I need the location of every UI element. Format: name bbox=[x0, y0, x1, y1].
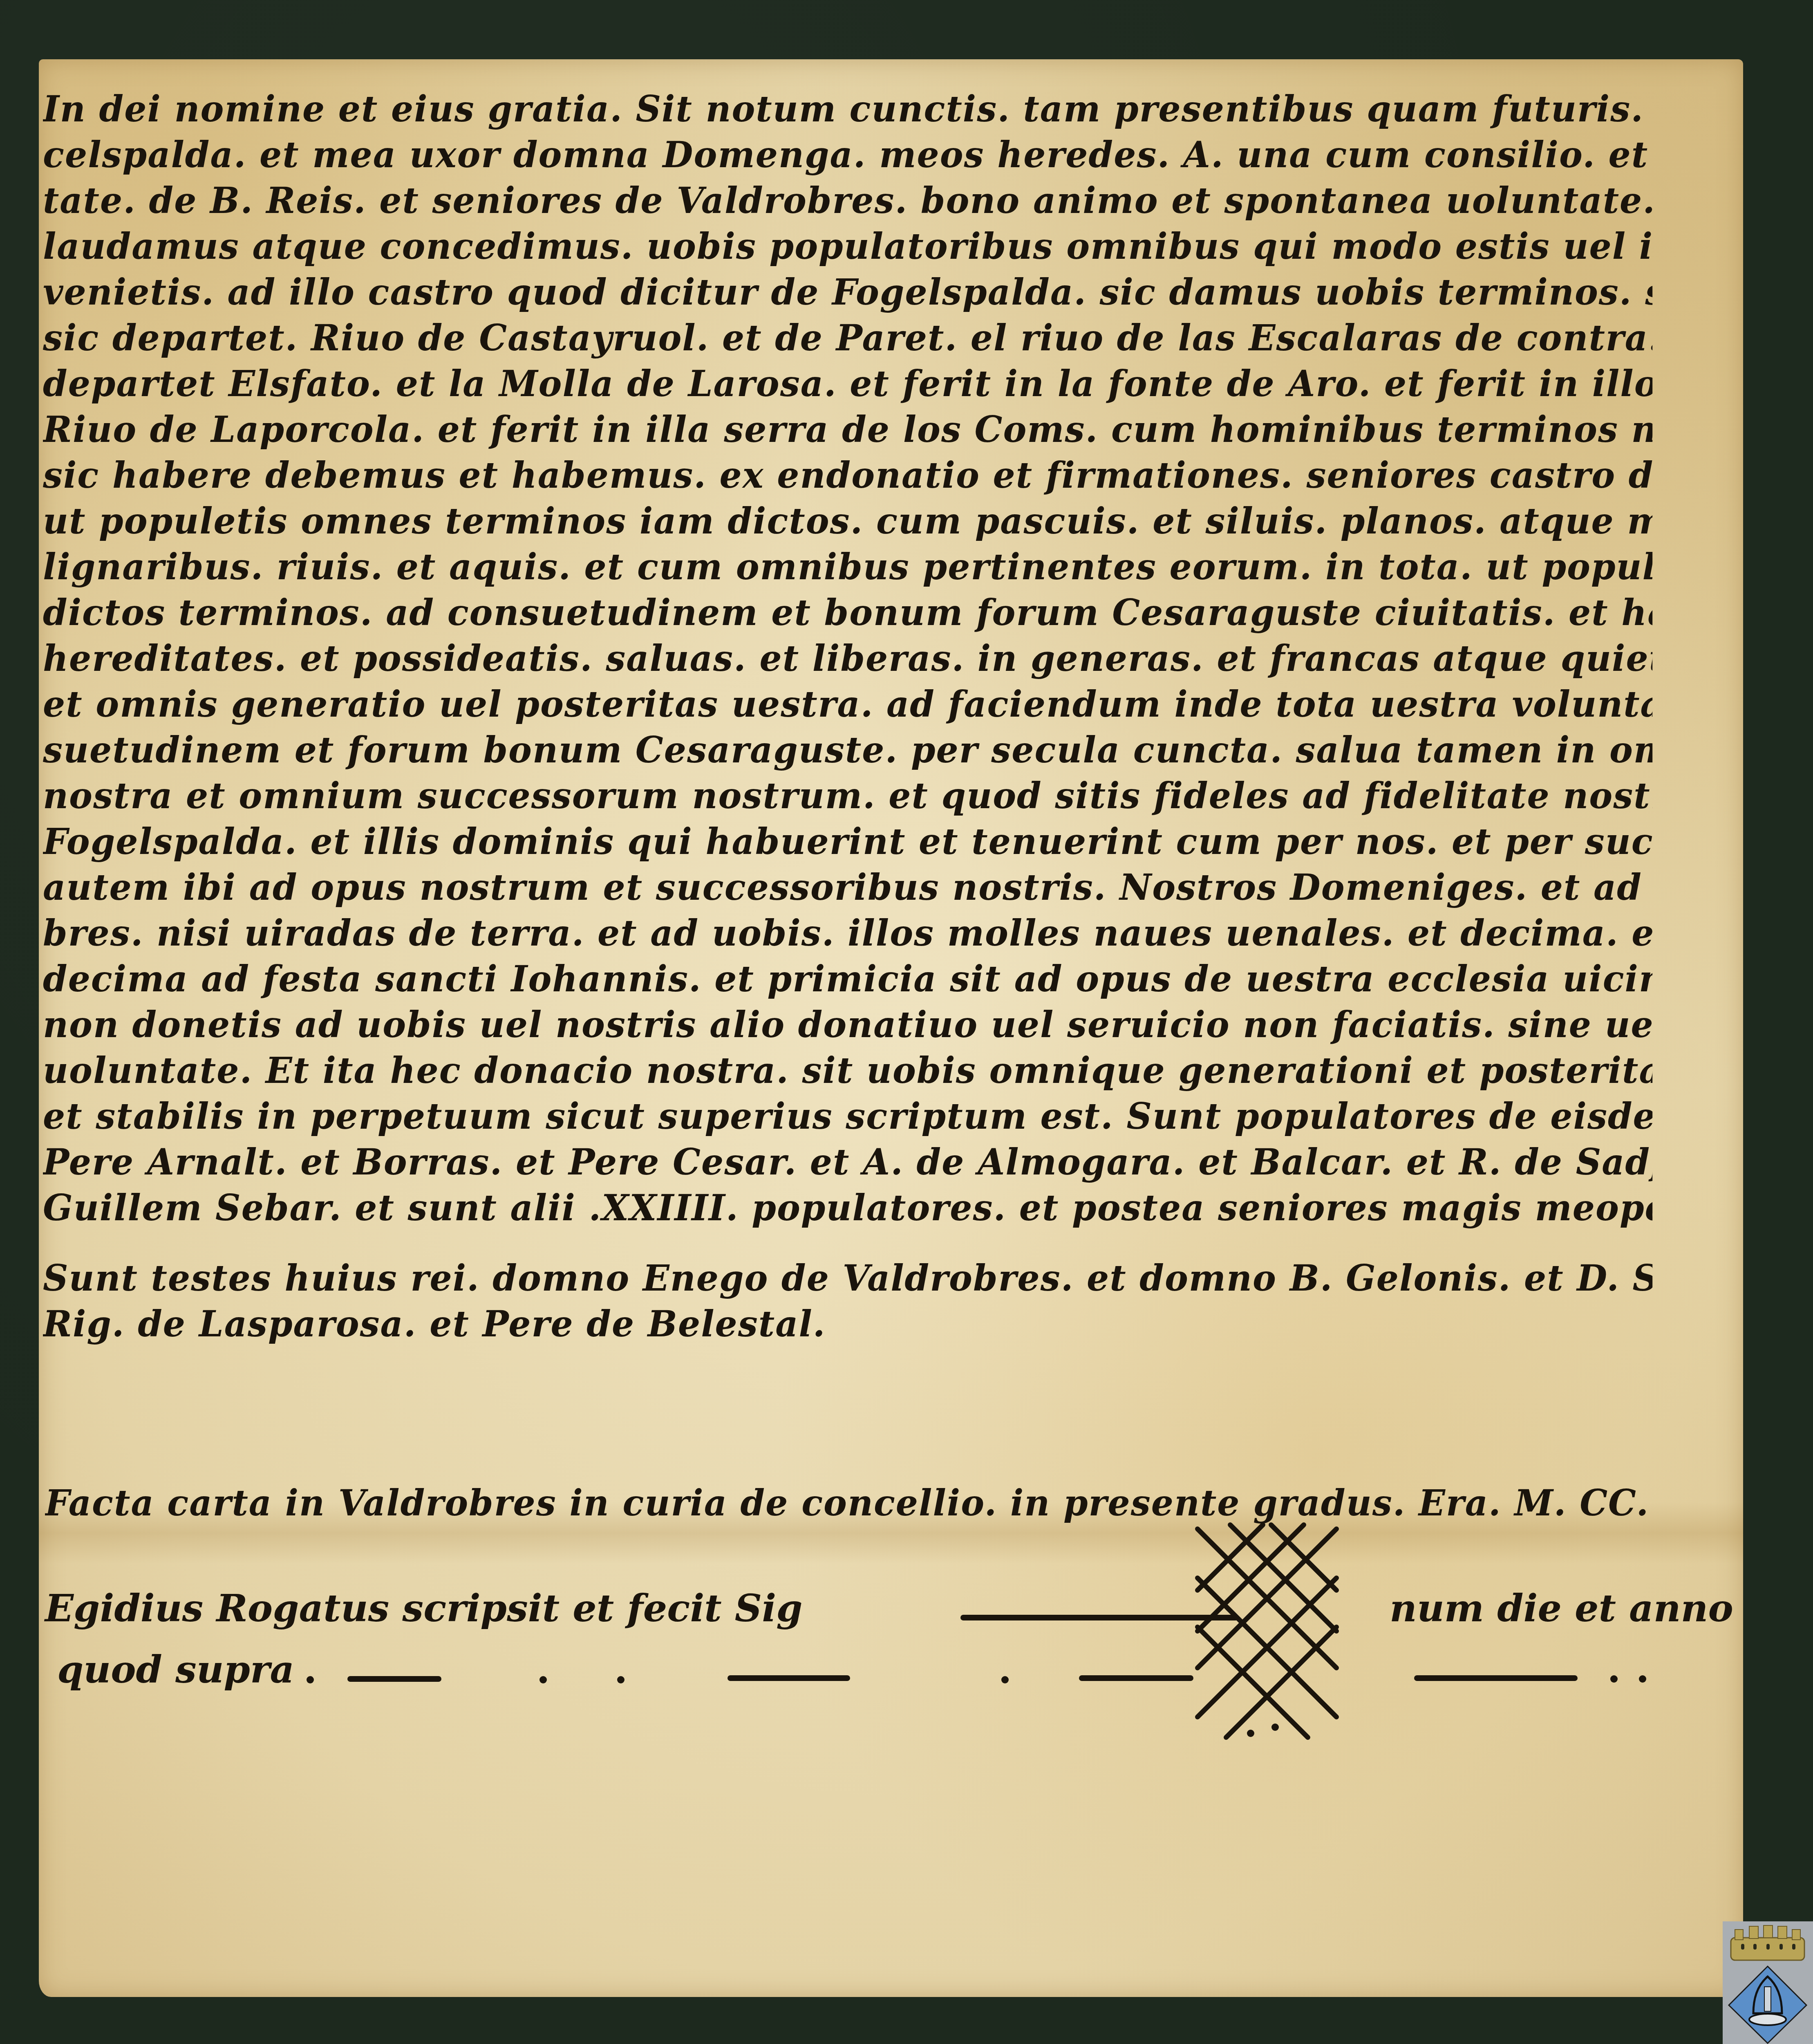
coat-of-arms-icon bbox=[1723, 1921, 1813, 2044]
body-line: autem ibi ad opus nostrum et successorib… bbox=[43, 864, 1652, 910]
body-line: suetudinem et forum bonum Cesaraguste. p… bbox=[43, 727, 1652, 773]
body-line: sic departet. Riuo de Castayruol. et de … bbox=[43, 315, 1652, 361]
body-line: non donetis ad uobis uel nostris alio do… bbox=[43, 1002, 1652, 1047]
dash-mark bbox=[1079, 1675, 1193, 1681]
dating-line: Facta carta in Valdrobres in curia de co… bbox=[45, 1480, 1647, 1526]
coat-of-arms-emblem bbox=[1723, 1921, 1813, 2044]
scribe-subscription: Egidius Rogatus scripsit et fecit Sig nu… bbox=[45, 1582, 1704, 1705]
notarial-signum-icon bbox=[1193, 1521, 1341, 1741]
subscription-text-right: num die et anno bbox=[1390, 1586, 1733, 1630]
body-line: lignaribus. riuis. et aquis. et cum omni… bbox=[43, 544, 1652, 589]
dot-mark bbox=[1639, 1675, 1646, 1683]
dot-mark bbox=[1001, 1676, 1009, 1683]
witness-line: Rig. de Lasparosa. et Pere de Belestal. bbox=[43, 1301, 1652, 1347]
body-line: laudamus atque concedimus. uobis populat… bbox=[43, 223, 1652, 269]
body-line: et omnis generatio uel posteritas uestra… bbox=[43, 681, 1652, 727]
dash-mark bbox=[1414, 1675, 1578, 1681]
body-line: Fogelspalda. et illis dominis qui habuer… bbox=[43, 818, 1652, 864]
dot-mark bbox=[539, 1676, 547, 1683]
body-line: sic habere debemus et habemus. ex endona… bbox=[43, 452, 1652, 498]
subscription-row-1: Egidius Rogatus scripsit et fecit Sig nu… bbox=[45, 1582, 1704, 1643]
body-line: uoluntate. Et ita hec donacio nostra. si… bbox=[43, 1047, 1652, 1093]
witness-line: Sunt testes huius rei. domno Enego de Va… bbox=[43, 1255, 1652, 1301]
body-line: departet Elsfato. et la Molla de Larosa.… bbox=[43, 361, 1652, 406]
charter-body-text: In dei nomine et eius gratia. Sit notum … bbox=[43, 86, 1702, 1347]
body-line: tate. de B. Reis. et seniores de Valdrob… bbox=[43, 177, 1652, 223]
quod-supra-text: quod supra bbox=[57, 1647, 294, 1692]
body-line: hereditates. et possideatis. saluas. et … bbox=[43, 635, 1652, 681]
body-line: Riuo de Laporcola. et ferit in illa serr… bbox=[43, 406, 1652, 452]
body-line: venietis. ad illo castro quod dicitur de… bbox=[43, 269, 1652, 315]
body-line: celspalda. et mea uxor domna Domenga. me… bbox=[43, 132, 1652, 177]
dot-mark bbox=[617, 1676, 624, 1683]
body-line: decima ad festa sancti Iohannis. et prim… bbox=[43, 956, 1652, 1002]
dot-mark bbox=[307, 1676, 314, 1683]
body-line: nostra et omnium successorum nostrum. et… bbox=[43, 773, 1652, 818]
body-line: dictos terminos. ad consuetudinem et bon… bbox=[43, 589, 1652, 635]
dash-mark bbox=[727, 1675, 850, 1681]
body-line: Guillem Sebar. et sunt alii .XXIIII. pop… bbox=[43, 1185, 1652, 1230]
dash-mark bbox=[347, 1676, 441, 1682]
body-line: bres. nisi uiradas de terra. et ad uobis… bbox=[43, 910, 1652, 956]
subscription-row-2: quod supra bbox=[45, 1643, 1704, 1705]
dot-mark bbox=[1610, 1675, 1618, 1683]
subscription-text-left: Egidius Rogatus scripsit et fecit Sig bbox=[45, 1586, 803, 1630]
body-line: In dei nomine et eius gratia. Sit notum … bbox=[43, 86, 1652, 132]
body-line: Pere Arnalt. et Borras. et Pere Cesar. e… bbox=[43, 1139, 1652, 1185]
body-line: ut populetis omnes terminos iam dictos. … bbox=[43, 498, 1652, 544]
dating-clause: Facta carta in Valdrobres in curia de co… bbox=[45, 1480, 1696, 1526]
body-line: et stabilis in perpetuum sicut superius … bbox=[43, 1093, 1652, 1139]
